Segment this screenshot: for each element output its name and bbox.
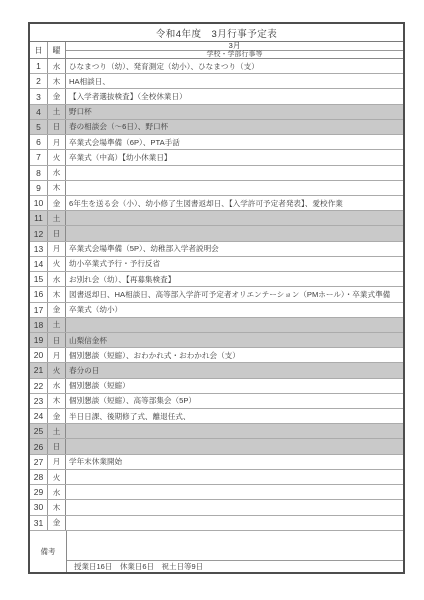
day-number-cell: 4 (30, 105, 48, 119)
weekday-cell: 火 (48, 363, 66, 377)
weekday-cell: 日 (48, 120, 66, 134)
table-row: 28 火 (30, 470, 403, 485)
events-cell (66, 439, 403, 453)
weekday-cell: 火 (48, 257, 66, 271)
weekday-cell: 金 (48, 516, 66, 530)
day-number-cell: 14 (30, 257, 48, 271)
events-cell: 野口杯 (66, 105, 403, 119)
events-cell: ひなまつり（幼）、発育測定（幼小）、ひなまつり（支） (66, 59, 403, 73)
weekday-cell: 金 (48, 409, 66, 423)
weekday-cell: 金 (48, 303, 66, 317)
table-row: 25 土 (30, 424, 403, 439)
header-weekday-column: 曜 (48, 42, 66, 58)
day-number-cell: 13 (30, 242, 48, 256)
weekday-cell: 月 (48, 455, 66, 469)
day-number-cell: 1 (30, 59, 48, 73)
weekday-cell: 水 (48, 166, 66, 180)
table-row: 29 水 (30, 485, 403, 500)
day-number-cell: 12 (30, 226, 48, 240)
events-cell: 個別懇談（短縮） (66, 379, 403, 393)
events-cell: 【入学者選抜検査】（全校休業日） (66, 89, 403, 103)
day-number-cell: 30 (30, 500, 48, 514)
table-row: 6 月 卒業式会場準備（6P）、PTA手話 (30, 135, 403, 150)
events-cell (66, 226, 403, 240)
table-row: 14 火 幼小卒業式予行・予行反省 (30, 257, 403, 272)
remarks-block: 備考 授業日16日 休業日6日 祝土日等9日 (30, 531, 403, 572)
table-row: 20 月 個別懇談（短縮）、おわかれ式・おわかれ会（支） (30, 348, 403, 363)
table-row: 5 日 春の相談会（～6日）、野口杯 (30, 120, 403, 135)
table-row: 18 土 (30, 318, 403, 333)
day-number-cell: 15 (30, 272, 48, 286)
day-number-cell: 11 (30, 211, 48, 225)
events-cell: HA相談日、 (66, 74, 403, 88)
events-cell: お別れ会（幼）、【再募集検査】 (66, 272, 403, 286)
table-row: 21 火 春分の日 (30, 363, 403, 378)
weekday-cell: 木 (48, 287, 66, 301)
events-cell (66, 485, 403, 499)
events-cell: 山梨信金杯 (66, 333, 403, 347)
events-cell: 6年生を送る会（小）、幼小修了生図書返却日、【入学許可予定者発表】、愛校作業 (66, 196, 403, 210)
day-number-cell: 28 (30, 470, 48, 484)
weekday-cell: 土 (48, 318, 66, 332)
events-cell: 幼小卒業式予行・予行反省 (66, 257, 403, 271)
table-row: 12 日 (30, 226, 403, 241)
day-number-cell: 10 (30, 196, 48, 210)
day-number-cell: 16 (30, 287, 48, 301)
table-row: 9 木 (30, 181, 403, 196)
events-cell: 学年末休業開始 (66, 455, 403, 469)
table-row: 30 木 (30, 500, 403, 515)
weekday-cell: 木 (48, 394, 66, 408)
weekday-cell: 木 (48, 500, 66, 514)
table-row: 27 月 学年末休業開始 (30, 455, 403, 470)
day-number-cell: 7 (30, 150, 48, 164)
day-number-cell: 5 (30, 120, 48, 134)
day-number-cell: 18 (30, 318, 48, 332)
day-rows: 1 水 ひなまつり（幼）、発育測定（幼小）、ひなまつり（支） 2 木 HA相談日… (30, 59, 403, 531)
table-row: 26 日 (30, 439, 403, 454)
weekday-cell: 水 (48, 379, 66, 393)
remarks-right-group: 授業日16日 休業日6日 祝土日等9日 (67, 531, 403, 572)
events-cell (66, 500, 403, 514)
table-row: 2 木 HA相談日、 (30, 74, 403, 89)
weekday-cell: 日 (48, 333, 66, 347)
table-row: 13 月 卒業式会場準備（5P）、幼稚部入学者説明会 (30, 242, 403, 257)
table-row: 16 木 図書返却日、HA相談日、高等部入学許可予定者オリエンテーション（PMホ… (30, 287, 403, 302)
table-row: 4 土 野口杯 (30, 105, 403, 120)
events-cell (66, 211, 403, 225)
table-row: 23 木 個別懇談（短縮）、高等部集会（5P） (30, 394, 403, 409)
weekday-cell: 日 (48, 439, 66, 453)
day-number-cell: 31 (30, 516, 48, 530)
day-number-cell: 21 (30, 363, 48, 377)
events-cell: 春分の日 (66, 363, 403, 377)
weekday-cell: 火 (48, 470, 66, 484)
events-cell: 図書返却日、HA相談日、高等部入学許可予定者オリエンテーション（PMホール）・卒… (66, 287, 403, 301)
events-cell: 卒業式会場準備（5P）、幼稚部入学者説明会 (66, 242, 403, 256)
events-cell: 個別懇談（短縮）、おわかれ式・おわかれ会（支） (66, 348, 403, 362)
table-row: 10 金 6年生を送る会（小）、幼小修了生図書返却日、【入学許可予定者発表】、愛… (30, 196, 403, 211)
table-row: 22 水 個別懇談（短縮） (30, 379, 403, 394)
day-number-cell: 6 (30, 135, 48, 149)
table-row: 31 金 (30, 516, 403, 531)
day-number-cell: 29 (30, 485, 48, 499)
weekday-cell: 土 (48, 211, 66, 225)
day-number-cell: 8 (30, 166, 48, 180)
events-cell (66, 181, 403, 195)
day-number-cell: 22 (30, 379, 48, 393)
header-right-group: 3月 学校・学部行事等 (66, 42, 403, 58)
remarks-label: 備考 (30, 531, 67, 572)
table-row: 8 水 (30, 166, 403, 181)
weekday-cell: 土 (48, 424, 66, 438)
weekday-cell: 水 (48, 485, 66, 499)
weekday-cell: 月 (48, 135, 66, 149)
events-cell: 半日日課、後期修了式、離退任式、 (66, 409, 403, 423)
events-cell: 卒業式（幼小） (66, 303, 403, 317)
table-row: 19 日 山梨信金杯 (30, 333, 403, 348)
day-number-cell: 9 (30, 181, 48, 195)
page-title: 令和4年度 3月行事予定表 (30, 24, 403, 42)
events-cell (66, 470, 403, 484)
table-header: 日 曜 3月 学校・学部行事等 (30, 42, 403, 59)
header-day-column: 日 (30, 42, 48, 58)
table-row: 24 金 半日日課、後期修了式、離退任式、 (30, 409, 403, 424)
day-number-cell: 26 (30, 439, 48, 453)
weekday-cell: 金 (48, 196, 66, 210)
table-row: 1 水 ひなまつり（幼）、発育測定（幼小）、ひなまつり（支） (30, 59, 403, 74)
header-events-subtitle: 学校・学部行事等 (66, 51, 403, 58)
events-cell (66, 424, 403, 438)
day-number-cell: 2 (30, 74, 48, 88)
day-number-cell: 19 (30, 333, 48, 347)
weekday-cell: 月 (48, 242, 66, 256)
table-row: 11 土 (30, 211, 403, 226)
weekday-cell: 木 (48, 181, 66, 195)
weekday-cell: 金 (48, 89, 66, 103)
schedule-table: 令和4年度 3月行事予定表 日 曜 3月 学校・学部行事等 1 水 ひなまつり（… (28, 22, 405, 574)
weekday-cell: 月 (48, 348, 66, 362)
events-cell: 個別懇談（短縮）、高等部集会（5P） (66, 394, 403, 408)
day-number-cell: 24 (30, 409, 48, 423)
weekday-cell: 木 (48, 74, 66, 88)
day-number-cell: 25 (30, 424, 48, 438)
events-cell (66, 318, 403, 332)
day-number-cell: 23 (30, 394, 48, 408)
weekday-cell: 火 (48, 150, 66, 164)
day-number-cell: 20 (30, 348, 48, 362)
events-cell (66, 516, 403, 530)
day-number-cell: 27 (30, 455, 48, 469)
weekday-cell: 土 (48, 105, 66, 119)
day-number-cell: 17 (30, 303, 48, 317)
events-cell (66, 166, 403, 180)
table-row: 17 金 卒業式（幼小） (30, 303, 403, 318)
events-cell: 春の相談会（～6日）、野口杯 (66, 120, 403, 134)
table-row: 3 金 【入学者選抜検査】（全校休業日） (30, 89, 403, 104)
events-cell: 卒業式会場準備（6P）、PTA手話 (66, 135, 403, 149)
weekday-cell: 水 (48, 59, 66, 73)
day-number-cell: 3 (30, 89, 48, 103)
weekday-cell: 日 (48, 226, 66, 240)
table-row: 7 火 卒業式（中高）【幼小休業日】 (30, 150, 403, 165)
events-cell: 卒業式（中高）【幼小休業日】 (66, 150, 403, 164)
table-row: 15 水 お別れ会（幼）、【再募集検査】 (30, 272, 403, 287)
remarks-summary: 授業日16日 休業日6日 祝土日等9日 (67, 560, 403, 572)
remarks-empty-area (67, 531, 403, 560)
weekday-cell: 水 (48, 272, 66, 286)
header-month: 3月 (66, 42, 403, 51)
